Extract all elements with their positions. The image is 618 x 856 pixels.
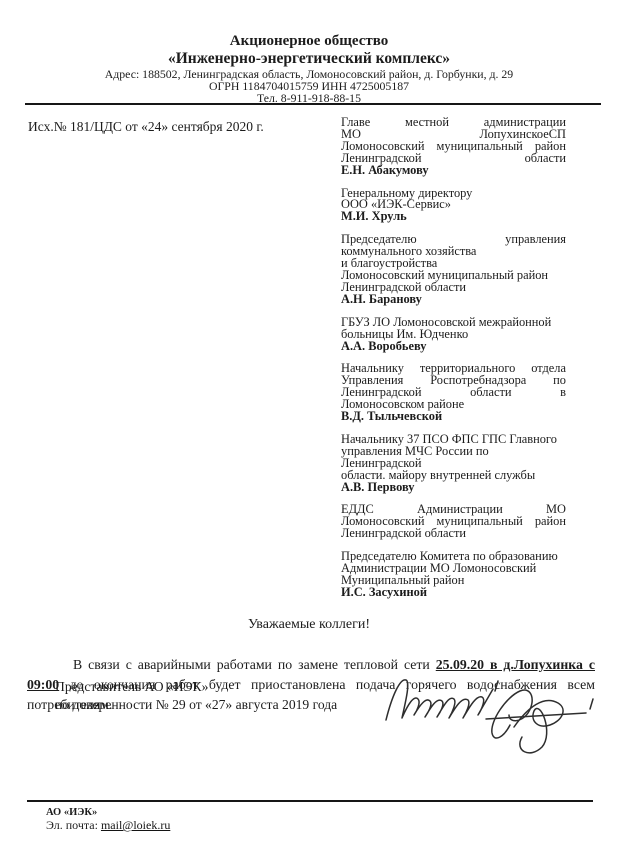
- recipient-block-8: Председателю Комитета по образованию Адм…: [341, 551, 566, 599]
- salutation: Уважаемые коллеги!: [0, 617, 618, 633]
- recipient-name: Е.Н. Абакумову: [341, 165, 566, 177]
- recipient-name: М.И. Хруль: [341, 211, 566, 223]
- recipient-line: Ленинградской области: [341, 528, 566, 540]
- footer-email-row: Эл. почта: mail@loiek.ru: [46, 819, 170, 832]
- recipient-block-4: ГБУЗ ЛО Ломоносовской межрайонной больни…: [341, 317, 566, 353]
- letter-page: Акционерное общество «Инженерно-энергети…: [0, 0, 618, 856]
- footer: АО «ИЭК» Эл. почта: mail@loiek.ru: [46, 806, 170, 832]
- recipient-name: А.А. Воробьеву: [341, 341, 566, 353]
- recipient-name: А.Н. Баранову: [341, 294, 566, 306]
- footer-divider: [27, 800, 593, 802]
- outgoing-reference: Исх.№ 181/ЦДС от «24» сентября 2020 г.: [28, 119, 264, 135]
- footer-email-label: Эл. почта:: [46, 818, 98, 832]
- recipient-block-5: Начальнику территориального отдела Управ…: [341, 363, 566, 423]
- representative-line: Представитель АО «ИЭК»: [55, 678, 337, 696]
- signatory-block: Представитель АО «ИЭК» по доверенности №…: [55, 678, 337, 714]
- recipient-block-1: Главе местной администрации МО Лопухинск…: [341, 117, 566, 177]
- recipient-block-3: Председателю управления коммунального хо…: [341, 234, 566, 305]
- recipient-name: И.С. Засухиной: [341, 587, 566, 599]
- recipient-block-7: ЕДДС Администрации МО Ломоносовский муни…: [341, 504, 566, 540]
- recipients-column: Главе местной администрации МО Лопухинск…: [341, 117, 566, 610]
- org-name: «Инженерно-энергетический комплекс»: [0, 50, 618, 68]
- header-divider: [25, 103, 601, 105]
- letterhead: Акционерное общество «Инженерно-энергети…: [0, 33, 618, 105]
- recipient-block-2: Генеральному директору ООО «ИЭК-Сервис» …: [341, 188, 566, 224]
- recipient-name: А.В. Первову: [341, 482, 566, 494]
- handwritten-signature-icon: [382, 662, 604, 770]
- footer-email-link[interactable]: mail@loiek.ru: [101, 818, 170, 832]
- attorney-line: по доверенности № 29 от «27» августа 201…: [55, 696, 337, 714]
- recipient-name: В.Д. Тыльчевской: [341, 411, 566, 423]
- recipient-line: управления МЧС России по Ленинградской: [341, 446, 566, 470]
- body-text-start: В связи с аварийными работами по замене …: [73, 657, 430, 672]
- recipient-block-6: Начальнику 37 ПСО ФПС ГПС Главного управ…: [341, 434, 566, 494]
- org-type: Акционерное общество: [0, 33, 618, 50]
